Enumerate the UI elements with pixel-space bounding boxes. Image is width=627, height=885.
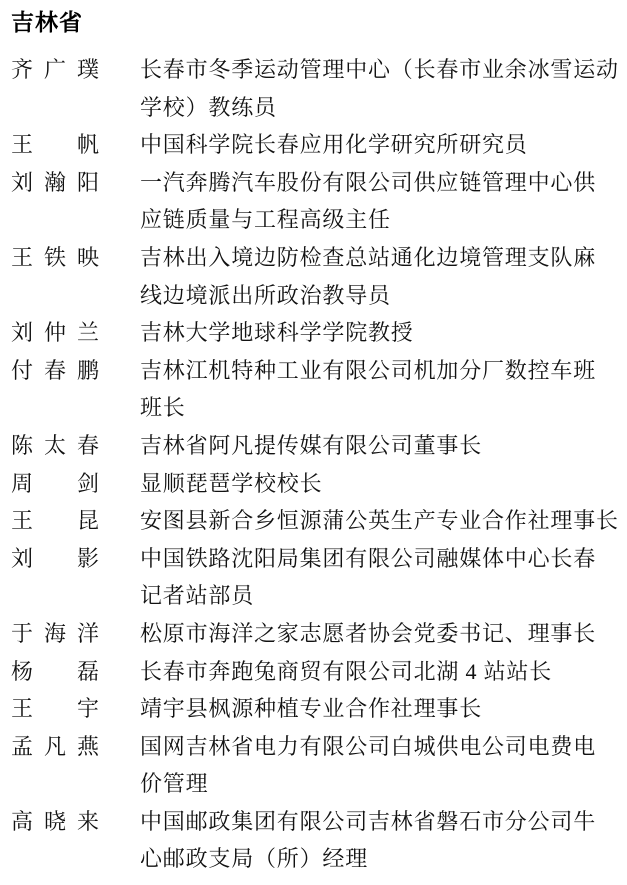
position-line: 吉林省阿凡提传媒有限公司董事长 [140,427,482,465]
list-item: 陈太春吉林省阿凡提传媒有限公司董事长 [11,427,621,465]
person-name: 王 宇 [11,690,99,728]
position-line: 吉林大学地球科学学院教授 [140,314,414,352]
list-item: 杨 磊长春市奔跑兔商贸有限公司北湖 4 站站长 [11,653,621,691]
person-name: 于海洋 [11,615,99,653]
person-position: 中国铁路沈阳局集团有限公司融媒体中心长春记者站部员 [140,540,596,615]
position-line: 显顺琵琶学校校长 [140,465,322,503]
person-position: 长春市冬季运动管理中心（长春市业余冰雪运动学校）教练员 [140,51,619,126]
person-position: 国网吉林省电力有限公司白城供电公司电费电价管理 [140,728,596,803]
person-name: 周 剑 [11,465,99,503]
position-line: 长春市奔跑兔商贸有限公司北湖 4 站站长 [140,653,552,691]
list-item: 王 宇靖宇县枫源种植专业合作社理事长 [11,690,621,728]
province-heading: 吉林省 [11,3,621,41]
person-position: 长春市奔跑兔商贸有限公司北湖 4 站站长 [140,653,552,691]
position-line: 线边境派出所政治教导员 [140,277,596,315]
list-item: 王 帆中国科学院长春应用化学研究所研究员 [11,126,621,164]
list-item: 于海洋松原市海洋之家志愿者协会党委书记、理事长 [11,615,621,653]
list-item: 孟凡燕国网吉林省电力有限公司白城供电公司电费电价管理 [11,728,621,803]
document-page: 吉林省 齐广璞长春市冬季运动管理中心（长春市业余冰雪运动学校）教练员王 帆中国科… [0,0,627,885]
person-position: 吉林出入境边防检查总站通化边境管理支队麻线边境派出所政治教导员 [140,239,596,314]
position-line: 吉林江机特种工业有限公司机加分厂数控车班 [140,352,596,390]
person-name: 陈太春 [11,427,99,465]
position-line: 应链质量与工程高级主任 [140,201,596,239]
list-item: 高晓来中国邮政集团有限公司吉林省磐石市分公司牛心邮政支局（所）经理 [11,803,621,878]
person-name: 刘 影 [11,540,99,578]
list-item: 王 昆安图县新合乡恒源蒲公英生产专业合作社理事长 [11,502,621,540]
person-name: 刘仲兰 [11,314,99,352]
person-position: 吉林江机特种工业有限公司机加分厂数控车班班长 [140,352,596,427]
position-line: 中国铁路沈阳局集团有限公司融媒体中心长春 [140,540,596,578]
position-line: 中国科学院长春应用化学研究所研究员 [140,126,528,164]
person-name: 杨 磊 [11,653,99,691]
position-line: 一汽奔腾汽车股份有限公司供应链管理中心供 [140,164,596,202]
person-name: 孟凡燕 [11,728,99,766]
list-item: 刘瀚阳一汽奔腾汽车股份有限公司供应链管理中心供应链质量与工程高级主任 [11,164,621,239]
list-item: 刘 影中国铁路沈阳局集团有限公司融媒体中心长春记者站部员 [11,540,621,615]
list-item: 王铁映吉林出入境边防检查总站通化边境管理支队麻线边境派出所政治教导员 [11,239,621,314]
person-position: 靖宇县枫源种植专业合作社理事长 [140,690,482,728]
list-item: 周 剑显顺琵琶学校校长 [11,465,621,503]
person-position: 吉林省阿凡提传媒有限公司董事长 [140,427,482,465]
position-line: 班长 [140,389,596,427]
position-line: 靖宇县枫源种植专业合作社理事长 [140,690,482,728]
person-name: 刘瀚阳 [11,164,99,202]
position-line: 学校）教练员 [140,89,619,127]
person-position: 中国科学院长春应用化学研究所研究员 [140,126,528,164]
person-position: 安图县新合乡恒源蒲公英生产专业合作社理事长 [140,502,619,540]
person-position: 吉林大学地球科学学院教授 [140,314,414,352]
person-name: 齐广璞 [11,51,99,89]
position-line: 中国邮政集团有限公司吉林省磐石市分公司牛 [140,803,596,841]
person-position: 显顺琵琶学校校长 [140,465,322,503]
person-name: 王 昆 [11,502,99,540]
person-position: 松原市海洋之家志愿者协会党委书记、理事长 [140,615,596,653]
position-line: 松原市海洋之家志愿者协会党委书记、理事长 [140,615,596,653]
list-item: 齐广璞长春市冬季运动管理中心（长春市业余冰雪运动学校）教练员 [11,51,621,126]
person-position: 中国邮政集团有限公司吉林省磐石市分公司牛心邮政支局（所）经理 [140,803,596,878]
person-name: 王 帆 [11,126,99,164]
position-line: 心邮政支局（所）经理 [140,840,596,878]
position-line: 长春市冬季运动管理中心（长春市业余冰雪运动 [140,51,619,89]
position-line: 价管理 [140,765,596,803]
person-name: 高晓来 [11,803,99,841]
position-line: 吉林出入境边防检查总站通化边境管理支队麻 [140,239,596,277]
position-line: 安图县新合乡恒源蒲公英生产专业合作社理事长 [140,502,619,540]
person-name: 王铁映 [11,239,99,277]
award-list: 齐广璞长春市冬季运动管理中心（长春市业余冰雪运动学校）教练员王 帆中国科学院长春… [11,51,621,878]
person-position: 一汽奔腾汽车股份有限公司供应链管理中心供应链质量与工程高级主任 [140,164,596,239]
list-item: 刘仲兰吉林大学地球科学学院教授 [11,314,621,352]
position-line: 记者站部员 [140,577,596,615]
person-name: 付春鹏 [11,352,99,390]
position-line: 国网吉林省电力有限公司白城供电公司电费电 [140,728,596,766]
list-item: 付春鹏吉林江机特种工业有限公司机加分厂数控车班班长 [11,352,621,427]
